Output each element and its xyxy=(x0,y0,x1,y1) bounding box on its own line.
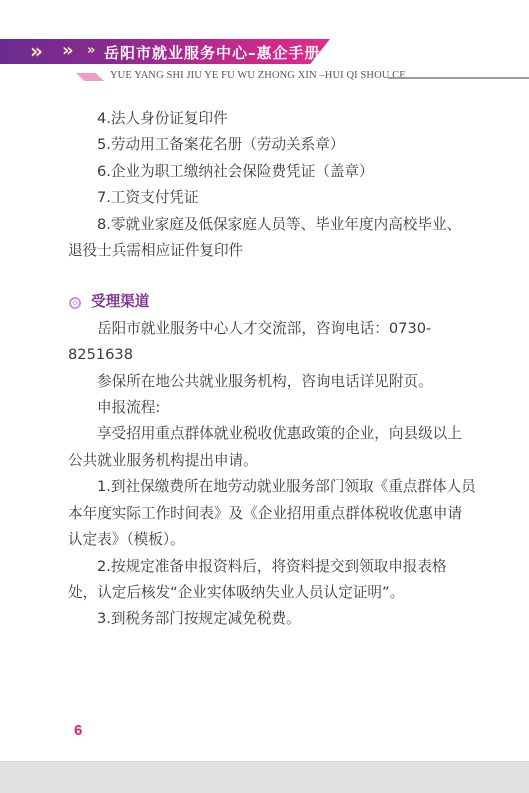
header-banner: » » » 岳阳市就业服务中心–惠企手册 xyxy=(0,39,330,64)
process-step: 2.按规定准备申报资料后，将资料提交到领取申报表格 xyxy=(68,554,478,580)
contact-line: 岳阳市就业服务中心人才交流部，咨询电话：0730- xyxy=(68,316,478,342)
process-step-cont: 认定表》（模板）。 xyxy=(68,527,478,553)
material-item: 5.劳动用工备案花名册（劳动关系章） xyxy=(68,132,478,158)
section-title: 受理渠道 xyxy=(91,289,149,315)
contact-phone: 8251638 xyxy=(68,342,478,368)
process-intro-cont: 公共就业服务机构提出申请。 xyxy=(68,448,478,474)
process-step: 1.到社保缴费所在地劳动就业服务部门领取《重点群体人员 xyxy=(68,474,478,500)
handbook-title: 岳阳市就业服务中心–惠企手册 xyxy=(104,42,321,63)
page-number: 6 xyxy=(74,722,82,739)
contact-line: 参保所在地公共就业服务机构，咨询电话详见附页。 xyxy=(68,369,478,395)
chevron-icon: » xyxy=(30,41,39,61)
material-item: 8.零就业家庭及低保家庭人员等、毕业年度内高校毕业、 xyxy=(68,212,478,238)
viewer-bottom-bar xyxy=(0,761,529,793)
process-step: 3.到税务部门按规定减免税费。 xyxy=(68,606,478,632)
subtitle-accent-shape xyxy=(76,73,104,81)
section-heading: 受理渠道 xyxy=(69,289,478,315)
material-item: 4.法人身份证复印件 xyxy=(68,106,478,132)
page-content: 4.法人身份证复印件 5.劳动用工备案花名册（劳动关系章） 6.企业为职工缴纳社… xyxy=(68,106,478,633)
header-rule xyxy=(388,77,529,79)
material-item: 6.企业为职工缴纳社会保险费凭证（盖章） xyxy=(68,159,478,185)
process-intro: 享受招用重点群体就业税收优惠政策的企业，向县级以上 xyxy=(68,421,478,447)
chevron-icon: » xyxy=(87,44,93,57)
ring-icon xyxy=(69,297,81,309)
process-step-cont: 处，认定后核发“企业实体吸纳失业人员认定证明”。 xyxy=(68,580,478,606)
process-step-cont: 本年度实际工作时间表》及《企业招用重点群体税收优惠申请 xyxy=(68,501,478,527)
material-item-continuation: 退役士兵需相应证件复印件 xyxy=(68,238,478,264)
chevron-icon: » xyxy=(62,42,70,60)
process-label: 申报流程: xyxy=(68,395,478,421)
pinyin-subtitle: YUE YANG SHI JIU YE FU WU ZHONG XIN –HUI… xyxy=(110,70,406,81)
material-item: 7.工资支付凭证 xyxy=(68,185,478,211)
